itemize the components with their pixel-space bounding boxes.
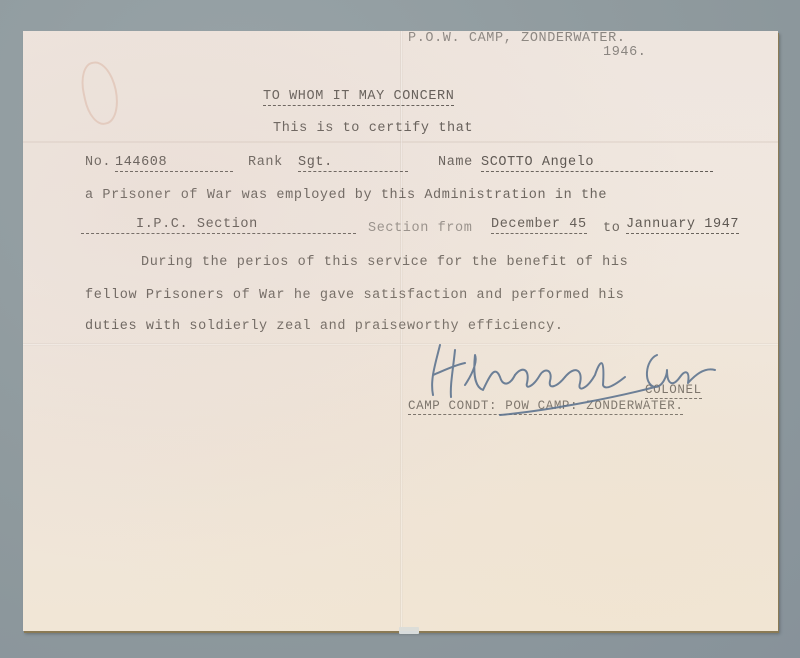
from-date-value: December 45 — [491, 217, 587, 234]
section-value: I.P.C. Section — [81, 217, 356, 234]
name-label: Name — [438, 155, 473, 170]
rank-label: Rank — [248, 155, 283, 170]
body-line-2: During the perios of this service for th… — [141, 255, 628, 270]
rank-value: Sgt. — [298, 155, 408, 172]
header-year: 1946. — [603, 45, 647, 60]
paper-stain — [77, 58, 124, 128]
section-label: Section from — [368, 221, 472, 236]
handwritten-signature — [405, 315, 765, 425]
number-label: No. — [85, 155, 111, 170]
to-label: to — [603, 221, 620, 236]
tape-fragment — [399, 627, 419, 634]
document-title: TO WHOM IT MAY CONCERN — [263, 89, 454, 106]
body-line-3: fellow Prisoners of War he gave satisfac… — [85, 288, 624, 303]
name-value: SCOTTO Angelo — [481, 155, 713, 172]
to-date-value: Jannuary 1947 — [626, 217, 739, 234]
body-line-1: a Prisoner of War was employed by this A… — [85, 188, 607, 203]
number-value: 144608 — [115, 155, 233, 172]
intro-line: This is to certify that — [273, 121, 473, 136]
header-location: P.O.W. CAMP, ZONDERWATER. — [408, 31, 626, 46]
